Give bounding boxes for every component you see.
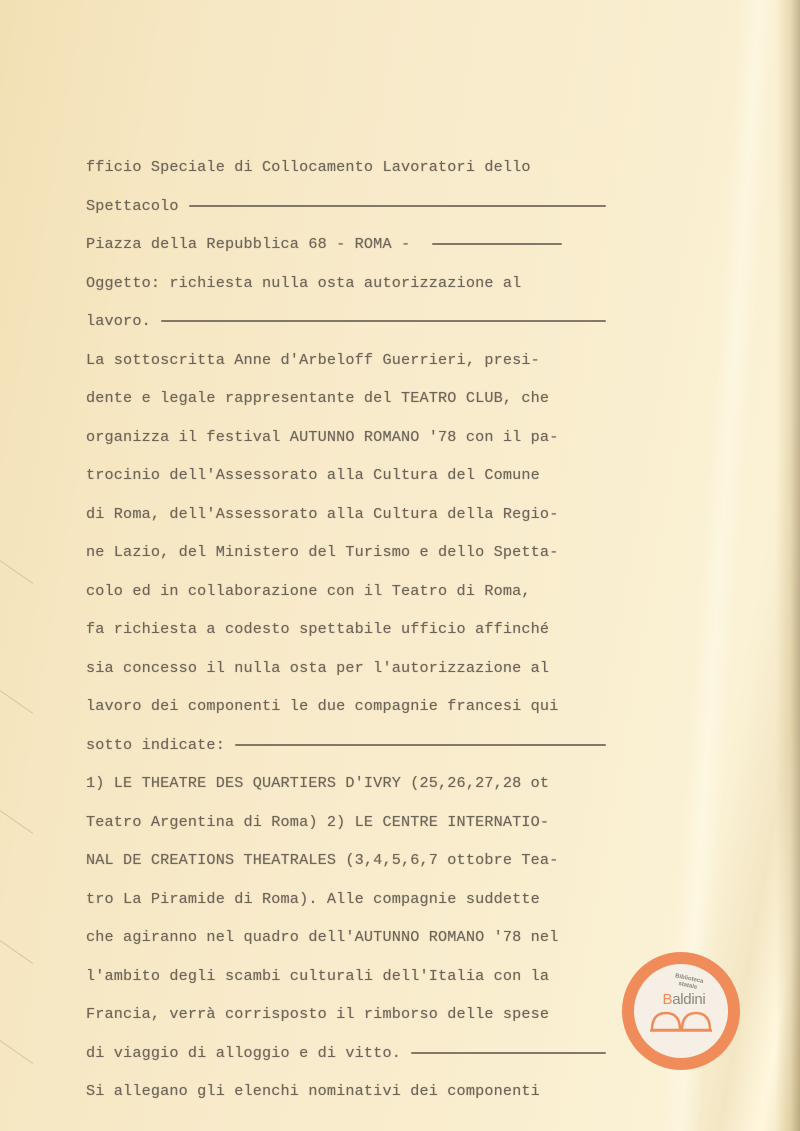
- letter-line: fficio Speciale di Collocamento Lavorato…: [86, 148, 606, 187]
- letter-line: fa richiesta a codesto spettabile uffici…: [86, 610, 606, 649]
- letter-line: 1) LE THEATRE DES QUARTIERS D'IVRY (25,2…: [86, 764, 606, 803]
- letter-line-text: dente e legale rappresentante del TEATRO…: [86, 379, 549, 418]
- letter-line-text: Si allegano gli elenchi nominativi dei c…: [86, 1072, 540, 1111]
- letter-line-text: di Roma, dell'Assessorato alla Cultura d…: [86, 495, 558, 534]
- letter-line: Piazza della Repubblica 68 - ROMA -: [86, 225, 606, 264]
- letter-line: Spettacolo: [86, 187, 606, 226]
- letter-line: sia concesso il nulla osta per l'autoriz…: [86, 649, 606, 688]
- letter-line: di viaggio di alloggio e di vitto.: [86, 1034, 606, 1073]
- letter-line-text: Piazza della Repubblica 68 - ROMA -: [86, 225, 410, 264]
- letter-line-text: sia concesso il nulla osta per l'autoriz…: [86, 649, 549, 688]
- double-arch-b-logo-icon: [649, 1010, 713, 1032]
- letter-line: che agiranno nel quadro dell'AUTUNNO ROM…: [86, 918, 606, 957]
- letter-line: tro La Piramide di Roma). Alle compagnie…: [86, 880, 606, 919]
- typed-dash-rule: [161, 320, 606, 322]
- letter-line: ne Lazio, del Ministero del Turismo e de…: [86, 533, 606, 572]
- letter-line: sotto indicate:: [86, 726, 606, 765]
- letter-line-text: ne Lazio, del Ministero del Turismo e de…: [86, 533, 558, 572]
- stamp-inner: Biblioteca statale Baldini: [634, 964, 728, 1058]
- letter-line: lavoro dei componenti le due compagnie f…: [86, 687, 606, 726]
- letter-line-text: trocinio dell'Assessorato alla Cultura d…: [86, 456, 540, 495]
- letter-line-text: fa richiesta a codesto spettabile uffici…: [86, 610, 549, 649]
- edge-mark: [0, 690, 33, 714]
- letter-line-text: l'ambito degli scambi culturali dell'Ita…: [86, 957, 549, 996]
- letter-line-text: 1) LE THEATRE DES QUARTIERS D'IVRY (25,2…: [86, 764, 549, 803]
- letter-line-text: organizza il festival AUTUNNO ROMANO '78…: [86, 418, 558, 457]
- letter-line-text: lavoro dei componenti le due compagnie f…: [86, 687, 558, 726]
- stamp-subtitle: Biblioteca statale: [673, 973, 704, 993]
- letter-line-text: Oggetto: richiesta nulla osta autorizzaz…: [86, 264, 521, 303]
- edge-mark: [0, 560, 33, 584]
- letter-line: dente e legale rappresentante del TEATRO…: [86, 379, 606, 418]
- letter-line: La sottoscritta Anne d'Arbeloff Guerrier…: [86, 341, 606, 380]
- paper-fold-shadow: [776, 0, 800, 1131]
- letter-line-text: che agiranno nel quadro dell'AUTUNNO ROM…: [86, 918, 558, 957]
- letter-line: Oggetto: richiesta nulla osta autorizzaz…: [86, 264, 606, 303]
- typewritten-letter: fficio Speciale di Collocamento Lavorato…: [86, 148, 606, 1111]
- letter-line: Francia, verrà corrisposto il rimborso d…: [86, 995, 606, 1034]
- letter-line: di Roma, dell'Assessorato alla Cultura d…: [86, 495, 606, 534]
- typed-dash-rule: [235, 744, 606, 746]
- letter-line-text: fficio Speciale di Collocamento Lavorato…: [86, 148, 531, 187]
- letter-line: colo ed in collaborazione con il Teatro …: [86, 572, 606, 611]
- letter-line-text: colo ed in collaborazione con il Teatro …: [86, 572, 531, 611]
- edge-mark: [0, 1040, 33, 1064]
- library-stamp-logo: Biblioteca statale Baldini: [622, 952, 740, 1070]
- letter-line: Teatro Argentina di Roma) 2) LE CENTRE I…: [86, 803, 606, 842]
- letter-line: Si allegano gli elenchi nominativi dei c…: [86, 1072, 606, 1111]
- stamp-name-rest: aldini: [672, 991, 705, 1008]
- letter-line: trocinio dell'Assessorato alla Cultura d…: [86, 456, 606, 495]
- edge-mark: [0, 810, 33, 834]
- letter-line-text: Teatro Argentina di Roma) 2) LE CENTRE I…: [86, 803, 549, 842]
- letter-line-text: di viaggio di alloggio e di vitto.: [86, 1034, 401, 1073]
- letter-line: organizza il festival AUTUNNO ROMANO '78…: [86, 418, 606, 457]
- typed-dash-rule: [432, 243, 562, 245]
- letter-line-text: Spettacolo: [86, 187, 179, 226]
- edge-mark: [0, 940, 33, 964]
- stamp-name: Baldini: [663, 991, 706, 1008]
- letter-line-text: tro La Piramide di Roma). Alle compagnie…: [86, 880, 540, 919]
- letter-line-text: NAL DE CREATIONS THEATRALES (3,4,5,6,7 o…: [86, 841, 558, 880]
- stamp-name-initial: B: [663, 991, 673, 1008]
- letter-line-text: La sottoscritta Anne d'Arbeloff Guerrier…: [86, 341, 540, 380]
- letter-line-text: Francia, verrà corrisposto il rimborso d…: [86, 995, 549, 1034]
- letter-line: l'ambito degli scambi culturali dell'Ita…: [86, 957, 606, 996]
- letter-line: NAL DE CREATIONS THEATRALES (3,4,5,6,7 o…: [86, 841, 606, 880]
- letter-line-text: sotto indicate:: [86, 726, 225, 765]
- typed-dash-rule: [189, 205, 606, 207]
- letter-line-text: lavoro.: [86, 302, 151, 341]
- typed-dash-rule: [411, 1052, 606, 1054]
- letter-line: lavoro.: [86, 302, 606, 341]
